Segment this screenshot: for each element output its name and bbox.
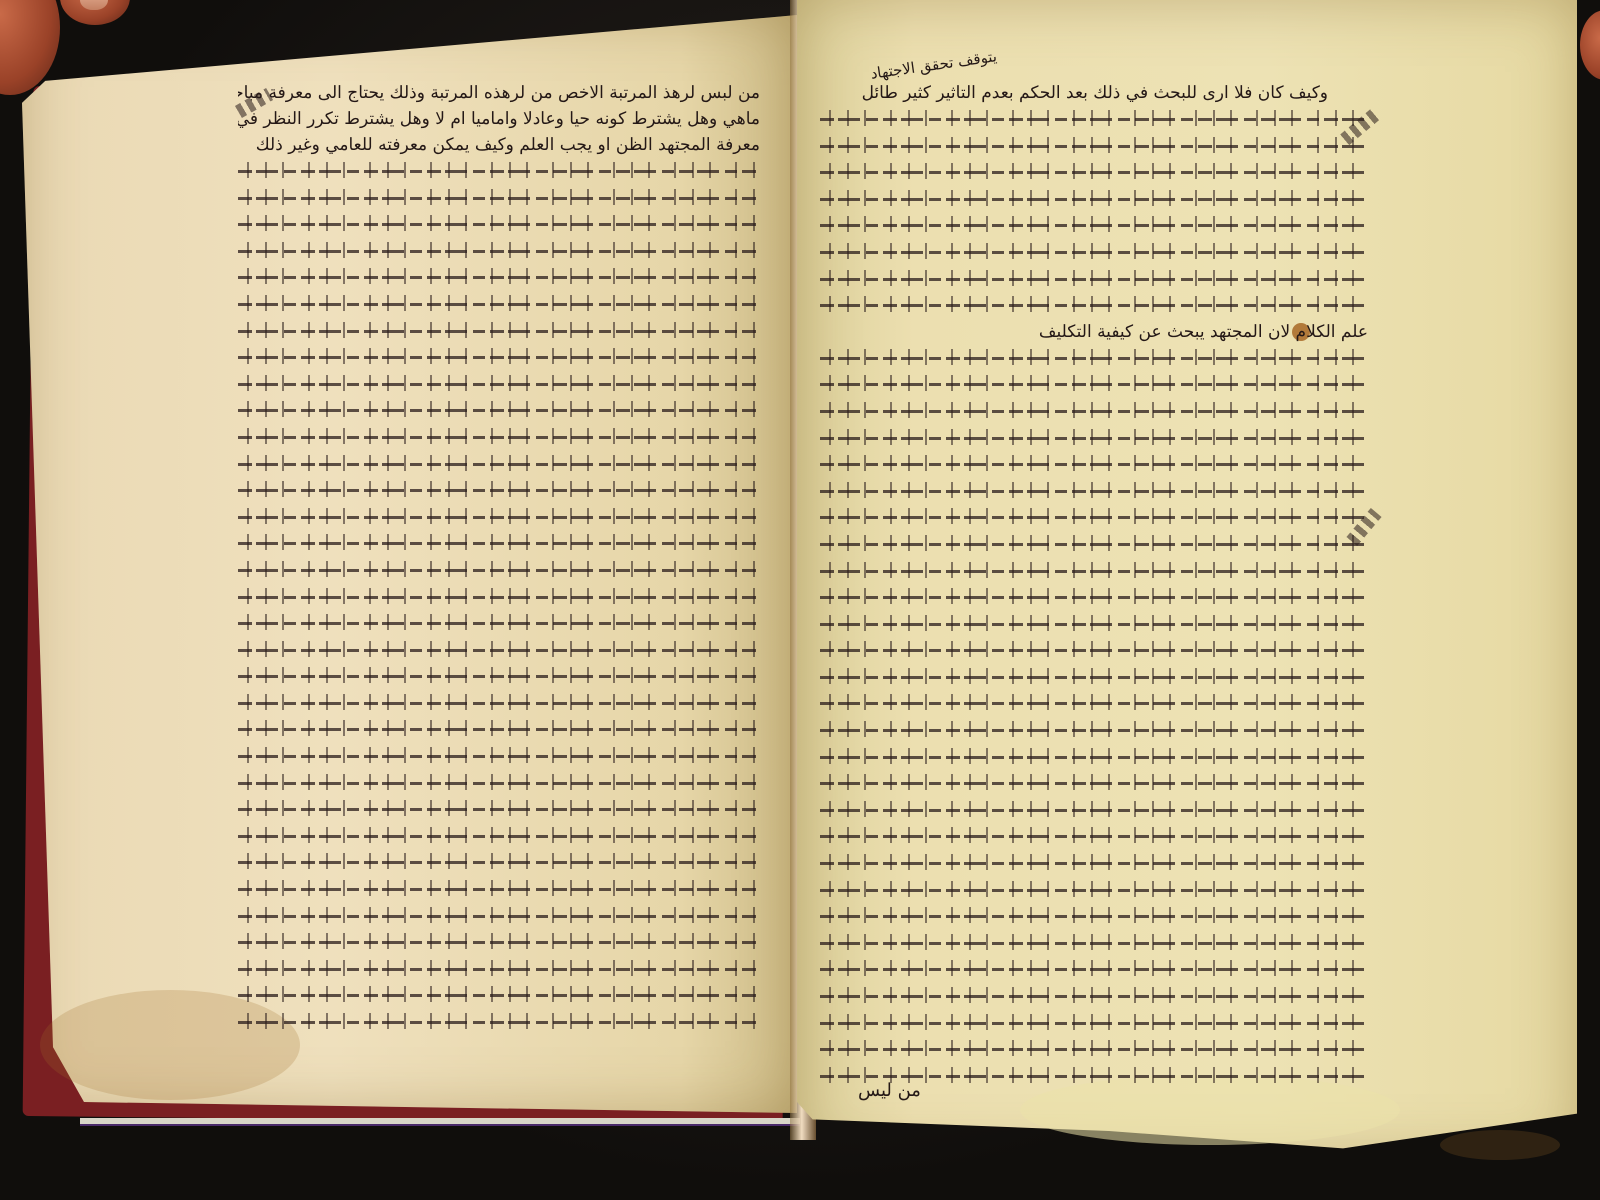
script-line: [238, 876, 760, 903]
edge-stain: [1440, 1130, 1560, 1160]
script-line: [238, 238, 760, 265]
manuscript-photo: من لبس لرهذ المرتبة الاخص من لرهذه المرت…: [0, 0, 1600, 1200]
fingernail: [80, 0, 108, 10]
script-line: [238, 637, 760, 664]
script-line: [238, 610, 760, 637]
script-line: [820, 558, 1368, 585]
script-line: [820, 504, 1368, 531]
script-line: [820, 877, 1368, 904]
script-line: [238, 318, 760, 345]
script-line: [238, 264, 760, 291]
script-line: [238, 823, 760, 850]
script-line: [820, 637, 1368, 664]
script-line: [238, 929, 760, 956]
script-line: [820, 133, 1368, 160]
script-line: [820, 797, 1368, 824]
script-line: [238, 371, 760, 398]
script-line: [238, 504, 760, 531]
script-line: [238, 716, 760, 743]
script-line: [238, 451, 760, 478]
script-line: [238, 185, 760, 212]
script-line: [820, 956, 1368, 983]
script-line: [820, 159, 1368, 186]
script-line: [238, 530, 760, 557]
script-line: [238, 557, 760, 584]
script-line: [820, 1036, 1368, 1063]
script-line: [238, 584, 760, 611]
script-line: [820, 425, 1368, 452]
script-line: [820, 903, 1368, 930]
script-line: [238, 849, 760, 876]
script-line: [820, 717, 1368, 744]
script-line: [820, 239, 1368, 266]
script-line: [820, 611, 1368, 638]
script-line: [820, 584, 1368, 611]
script-line: [820, 292, 1368, 319]
script-line: [238, 903, 760, 930]
right-line-10: علم الكلام لان المجتهد يبحث عن كيفية الت…: [820, 319, 1368, 345]
script-line: [238, 424, 760, 451]
left-page-text: من لبس لرهذ المرتبة الاخص من لرهذه المرت…: [238, 80, 760, 1036]
script-line: [238, 956, 760, 983]
script-line: [238, 477, 760, 504]
script-line: [820, 398, 1368, 425]
script-line: [820, 930, 1368, 957]
script-line: [820, 664, 1368, 691]
script-line: [820, 1010, 1368, 1037]
script-line: [820, 371, 1368, 398]
script-line: [820, 106, 1368, 133]
script-line: [820, 850, 1368, 877]
script-line: [238, 1009, 760, 1036]
script-line: [238, 211, 760, 238]
script-line: [820, 266, 1368, 293]
right-page-text: وكيف كان فلا ارى للبحث في ذلك بعد الحكم …: [820, 80, 1368, 1089]
script-line: [238, 770, 760, 797]
left-line-3: معرفة المجتهد الظن او يجب العلم وكيف يمك…: [238, 132, 760, 158]
script-line: [238, 397, 760, 424]
script-line: [820, 823, 1368, 850]
script-line: [238, 663, 760, 690]
left-line-1: من لبس لرهذ المرتبة الاخص من لرهذه المرت…: [238, 80, 760, 106]
mount-strip: [80, 1118, 800, 1126]
script-line: [820, 212, 1368, 239]
right-line-1: وكيف كان فلا ارى للبحث في ذلك بعد الحكم …: [820, 80, 1368, 106]
script-line: [820, 531, 1368, 558]
script-line: [820, 186, 1368, 213]
script-line: [820, 744, 1368, 771]
script-line: [238, 344, 760, 371]
script-line: [238, 796, 760, 823]
left-line-2: ماهي وهل يشترط كونه حيا وعادلا واماميا ا…: [238, 106, 760, 132]
script-line: [820, 345, 1368, 372]
script-line: [820, 983, 1368, 1010]
script-line: [238, 158, 760, 185]
script-line: [820, 478, 1368, 505]
script-line: [820, 690, 1368, 717]
catchword: من ليس: [858, 1080, 921, 1101]
script-line: [238, 982, 760, 1009]
script-line: [238, 291, 760, 318]
script-line: [238, 690, 760, 717]
script-line: [820, 770, 1368, 797]
script-line: [820, 451, 1368, 478]
script-line: [238, 743, 760, 770]
